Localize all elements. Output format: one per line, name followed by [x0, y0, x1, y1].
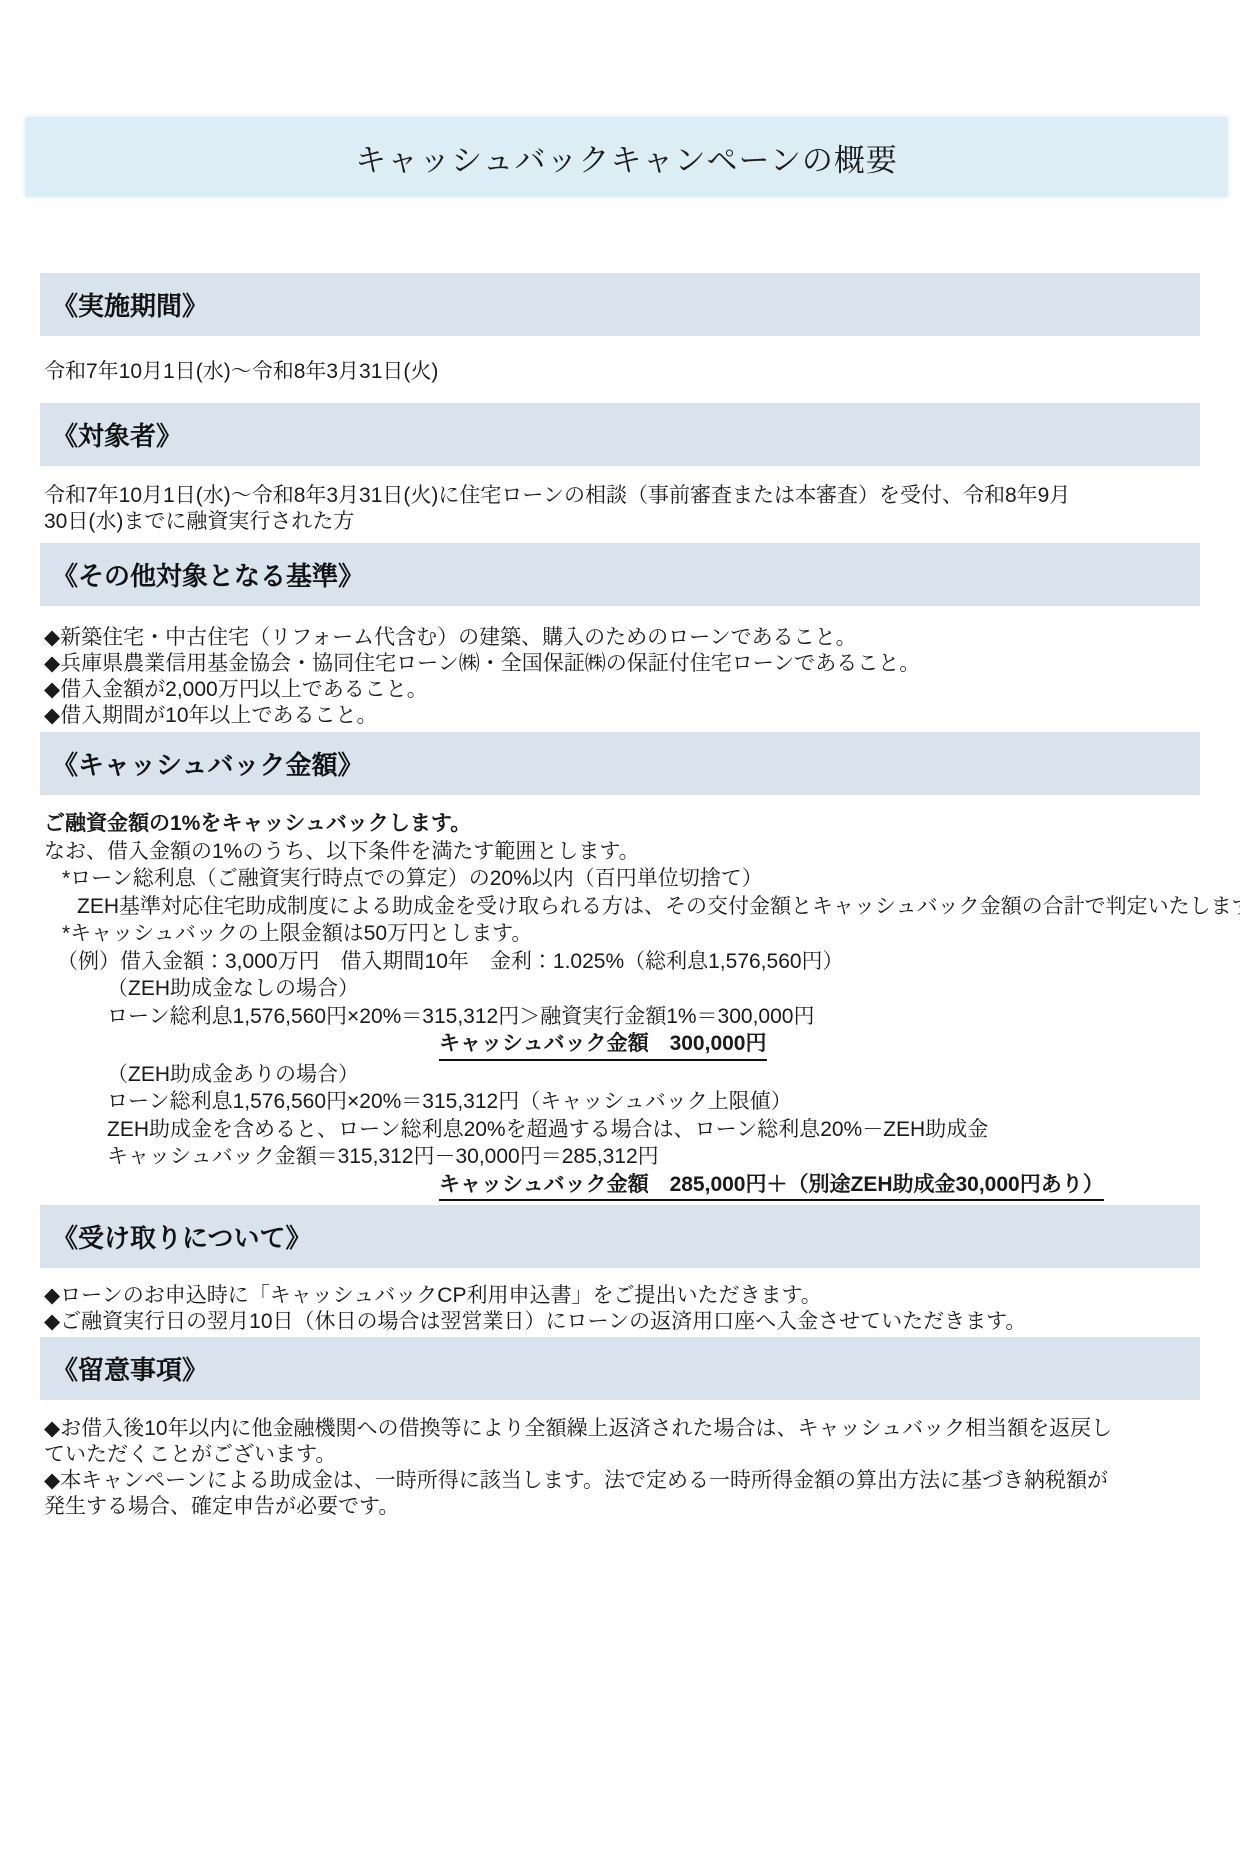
receipt-body: ◆ローンのお申込時に「キャッシュバックCP利用申込書」をご提出いただきます。 ◆… [44, 1283, 1210, 1335]
notes-text-line: ていただくことがございます。 [44, 1442, 1210, 1468]
amount-body: ご融資金額の1%をキャッシュバックします。 なお、借入金額の1%のうち、以下条件… [44, 810, 1210, 1201]
notes-text-line: 発生する場合、確定申告が必要です。 [44, 1494, 1210, 1520]
receipt-item: ◆ご融資実行日の翌月10日（休日の場合は翌営業日）にローンの返済用口座へ入金させ… [44, 1309, 1210, 1335]
section-heading-target: 《対象者》 [52, 416, 182, 453]
receipt-item: ◆ローンのお申込時に「キャッシュバックCP利用申込書」をご提出いただきます。 [44, 1283, 1210, 1309]
amount-case2-result-text: キャッシュバック金額 285,000円＋（別途ZEH助成金30,000円あり） [439, 1171, 1104, 1202]
section-band-criteria: 《その他対象となる基準》 [40, 543, 1200, 606]
campaign-flyer-page: { "title": "キャッシュバックキャンペーンの概要", "colors"… [0, 117, 1240, 1872]
target-text-line: 30日(水)までに融資実行された方 [44, 509, 1210, 535]
section-heading-amount: 《キャッシュバック金額》 [52, 745, 363, 782]
target-text-line: 令和7年10月1日(水)～令和8年3月31日(火)に住宅ローンの相談（事前審査ま… [44, 483, 1210, 509]
period-body: 令和7年10月1日(水)～令和8年3月31日(火) [44, 359, 1210, 385]
amount-case1-result-text: キャッシュバック金額 300,000円 [439, 1030, 767, 1061]
amount-case2-label: （ZEH助成金ありの場合） [44, 1061, 1210, 1089]
amount-case2-result: キャッシュバック金額 285,000円＋（別途ZEH助成金30,000円あり） [44, 1171, 1210, 1202]
title-banner: キャッシュバックキャンペーンの概要 [25, 117, 1228, 197]
section-heading-notes: 《留意事項》 [52, 1350, 208, 1387]
page-title: キャッシュバックキャンペーンの概要 [355, 135, 898, 180]
notes-text-line: ◆本キャンペーンによる助成金は、一時所得に該当します。法で定める一時所得金額の算… [44, 1468, 1210, 1494]
notes-text-line: ◆お借入後10年以内に他金融機関への借換等により全額繰上返済された場合は、キャッ… [44, 1416, 1210, 1442]
amount-note-interest-cap: *ローン総利息（ご融資実行時点での算定）の20%以内（百円単位切捨て） [44, 865, 1210, 893]
criteria-item: ◆借入期間が10年以上であること。 [44, 703, 1210, 729]
section-band-target: 《対象者》 [40, 403, 1200, 466]
section-band-amount: 《キャッシュバック金額》 [40, 732, 1200, 795]
section-heading-period: 《実施期間》 [52, 286, 208, 323]
criteria-item: ◆新築住宅・中古住宅（リフォーム代含む）の建築、購入のためのローンであること。 [44, 625, 1210, 651]
section-heading-receipt: 《受け取りについて》 [52, 1218, 311, 1255]
amount-case1-calc: ローン総利息1,576,560円×20%＝315,312円＞融資実行金額1%＝3… [44, 1003, 1210, 1031]
section-band-notes: 《留意事項》 [40, 1337, 1200, 1400]
section-band-period: 《実施期間》 [40, 273, 1200, 336]
section-band-receipt: 《受け取りについて》 [40, 1205, 1200, 1268]
amount-case2-calc2: ZEH助成金を含めると、ローン総利息20%を超過する場合は、ローン総利息20%－… [44, 1116, 1210, 1144]
amount-case2-calc3: キャッシュバック金額＝315,312円－30,000円＝285,312円 [44, 1143, 1210, 1171]
amount-case1-result: キャッシュバック金額 300,000円 [44, 1030, 1210, 1061]
amount-note-max: *キャッシュバックの上限金額は50万円とします。 [44, 920, 1210, 948]
amount-case1-label: （ZEH助成金なしの場合） [44, 975, 1210, 1003]
criteria-item: ◆兵庫県農業信用基金協会・協同住宅ローン㈱・全国保証㈱の保証付住宅ローンであるこ… [44, 651, 1210, 677]
criteria-item: ◆借入金額が2,000万円以上であること。 [44, 677, 1210, 703]
amount-lead-text: ご融資金額の1%をキャッシュバックします。 [44, 810, 1210, 838]
section-heading-criteria: 《その他対象となる基準》 [52, 556, 364, 593]
period-dates-text: 令和7年10月1日(水)～令和8年3月31日(火) [44, 359, 1210, 385]
amount-case2-calc1: ローン総利息1,576,560円×20%＝315,312円（キャッシュバック上限… [44, 1088, 1210, 1116]
notes-body: ◆お借入後10年以内に他金融機関への借換等により全額繰上返済された場合は、キャッ… [44, 1416, 1210, 1520]
amount-intro-text: なお、借入金額の1%のうち、以下条件を満たす範囲とします。 [44, 838, 1210, 866]
amount-example-conditions: （例）借入金額：3,000万円 借入期間10年 金利：1.025%（総利息1,5… [44, 948, 1210, 976]
target-body: 令和7年10月1日(水)～令和8年3月31日(火)に住宅ローンの相談（事前審査ま… [44, 483, 1210, 535]
criteria-body: ◆新築住宅・中古住宅（リフォーム代含む）の建築、購入のためのローンであること。 … [44, 625, 1210, 729]
amount-note-zeh-subsidy: ZEH基準対応住宅助成制度による助成金を受け取られる方は、その交付金額とキャッシ… [44, 893, 1210, 921]
